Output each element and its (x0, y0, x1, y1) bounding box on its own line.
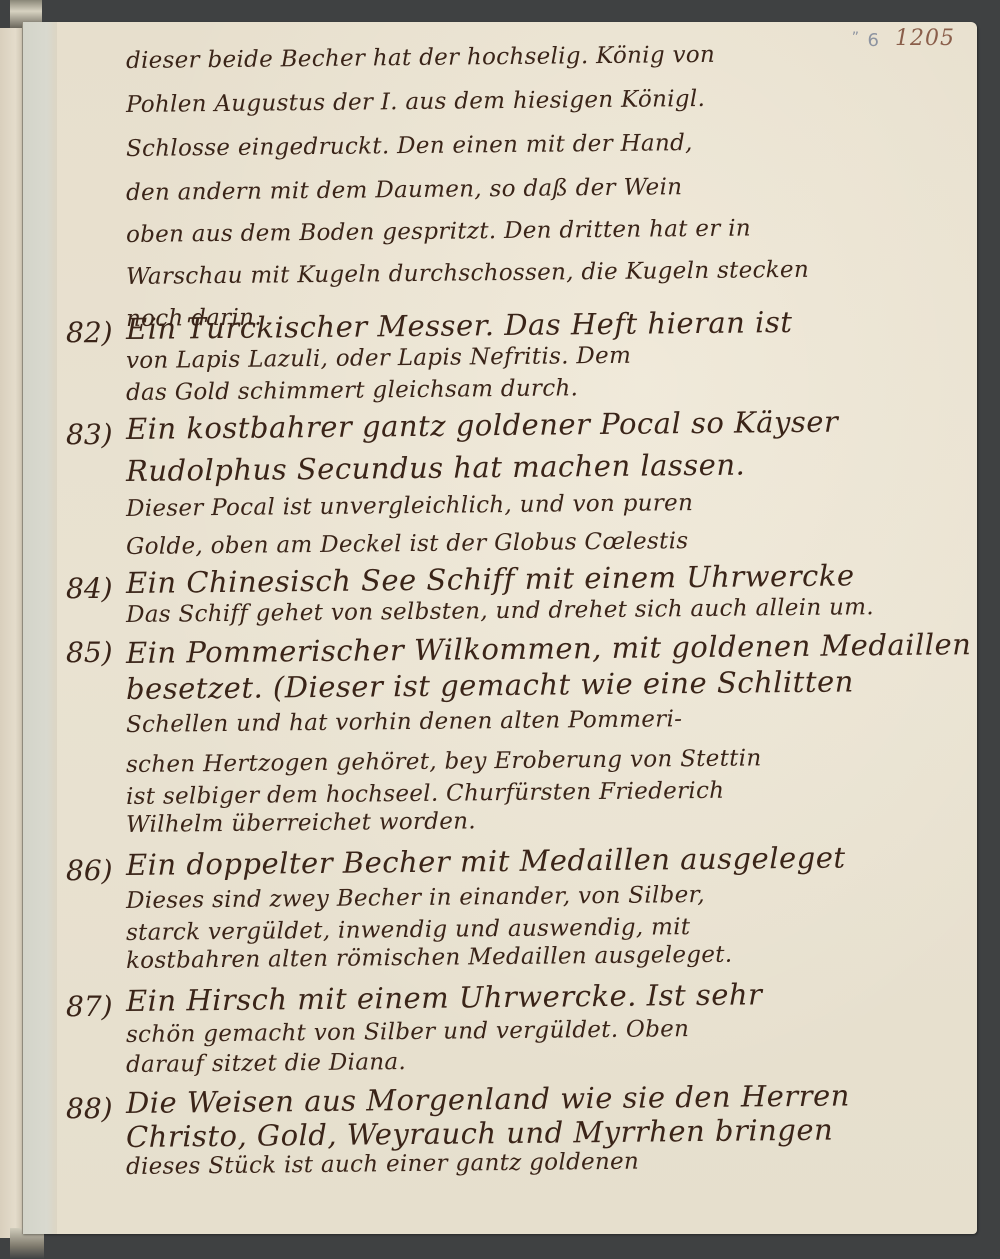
entry-84-headline: Ein Chinesisch See Schiff mit einem Uhrw… (126, 558, 855, 600)
text-line: Schellen und hat vorhin denen alten Pomm… (126, 706, 682, 738)
entry-87-headline: Ein Hirsch mit einem Uhrwercke. Ist sehr (126, 977, 763, 1018)
text-line: Wilhelm überreichet worden. (126, 808, 476, 838)
text-line: schön gemacht von Silber und vergüldet. … (126, 1016, 689, 1048)
text-line: Dieser Pocal ist unvergleichlich, und vo… (126, 490, 693, 522)
text-line: oben aus dem Boden gespritzt. Den dritte… (126, 215, 751, 248)
entry-number-87: 87) (66, 990, 113, 1023)
entry-82-headline: Ein Turckischer Messer. Das Heft hieran … (126, 305, 793, 346)
entry-83-headline: Ein kostbahrer gantz goldener Pocal so K… (126, 405, 839, 446)
entry-number-86: 86) (66, 854, 113, 887)
text-line: von Lapis Lazuli, oder Lapis Nefritis. D… (126, 343, 631, 374)
text-line: dieses Stück ist auch einer gantz golden… (126, 1149, 639, 1180)
entry-88-headline-cont: Christo, Gold, Weyrauch und Myrrhen brin… (126, 1113, 834, 1154)
text-line: Schlosse eingedruckt. Den einen mit der … (126, 130, 693, 162)
folio-number: 1205 (895, 26, 955, 51)
entry-83-headline-cont: Rudolphus Secundus hat machen lassen. (126, 448, 746, 488)
text-line: Pohlen Augustus der I. aus dem hiesigen … (126, 86, 705, 118)
text-line: Warschau mit Kugeln durchschossen, die K… (126, 257, 809, 290)
text-line: darauf sitzet die Diana. (126, 1049, 406, 1078)
text-line: Golde, oben am Deckel ist der Globus Cœl… (126, 528, 689, 560)
text-line: starck vergüldet, inwendig und auswendig… (126, 914, 691, 946)
entry-number-84: 84) (66, 572, 113, 605)
text-line: den andern mit dem Daumen, so daß der We… (126, 174, 683, 206)
entry-86-headline: Ein doppelter Becher mit Medaillen ausge… (126, 840, 846, 882)
text-line: dieser beide Becher hat der hochselig. K… (126, 42, 715, 74)
entry-number-82: 82) (66, 316, 113, 349)
pencil-mark-quote: ” (852, 30, 859, 46)
pencil-mark-number: 6 (868, 30, 879, 51)
text-line: kostbahren alten römischen Medaillen aus… (126, 942, 733, 974)
text-line: das Gold schimmert gleichsam durch. (126, 375, 578, 406)
text-line: schen Hertzogen gehöret, bey Eroberung v… (126, 745, 762, 778)
entry-number-85: 85) (66, 636, 113, 669)
manuscript-page: 1205 ” 6 dieser beide Becher hat der hoc… (22, 22, 977, 1234)
text-line: Das Schiff gehet von selbsten, und drehe… (126, 594, 874, 628)
manuscript-scan: 1205 ” 6 dieser beide Becher hat der hoc… (0, 0, 1000, 1259)
entry-number-88: 88) (66, 1092, 113, 1125)
facing-page-edge (0, 28, 23, 1238)
entry-number-83: 83) (66, 418, 113, 451)
text-line: ist selbiger dem hochseel. Churfürsten F… (126, 778, 725, 810)
gutter-strip (22, 22, 57, 1234)
text-line: Dieses sind zwey Becher in einander, von… (126, 882, 705, 914)
entry-85-headline-cont: besetzet. (Dieser ist gemacht wie eine S… (126, 664, 854, 706)
